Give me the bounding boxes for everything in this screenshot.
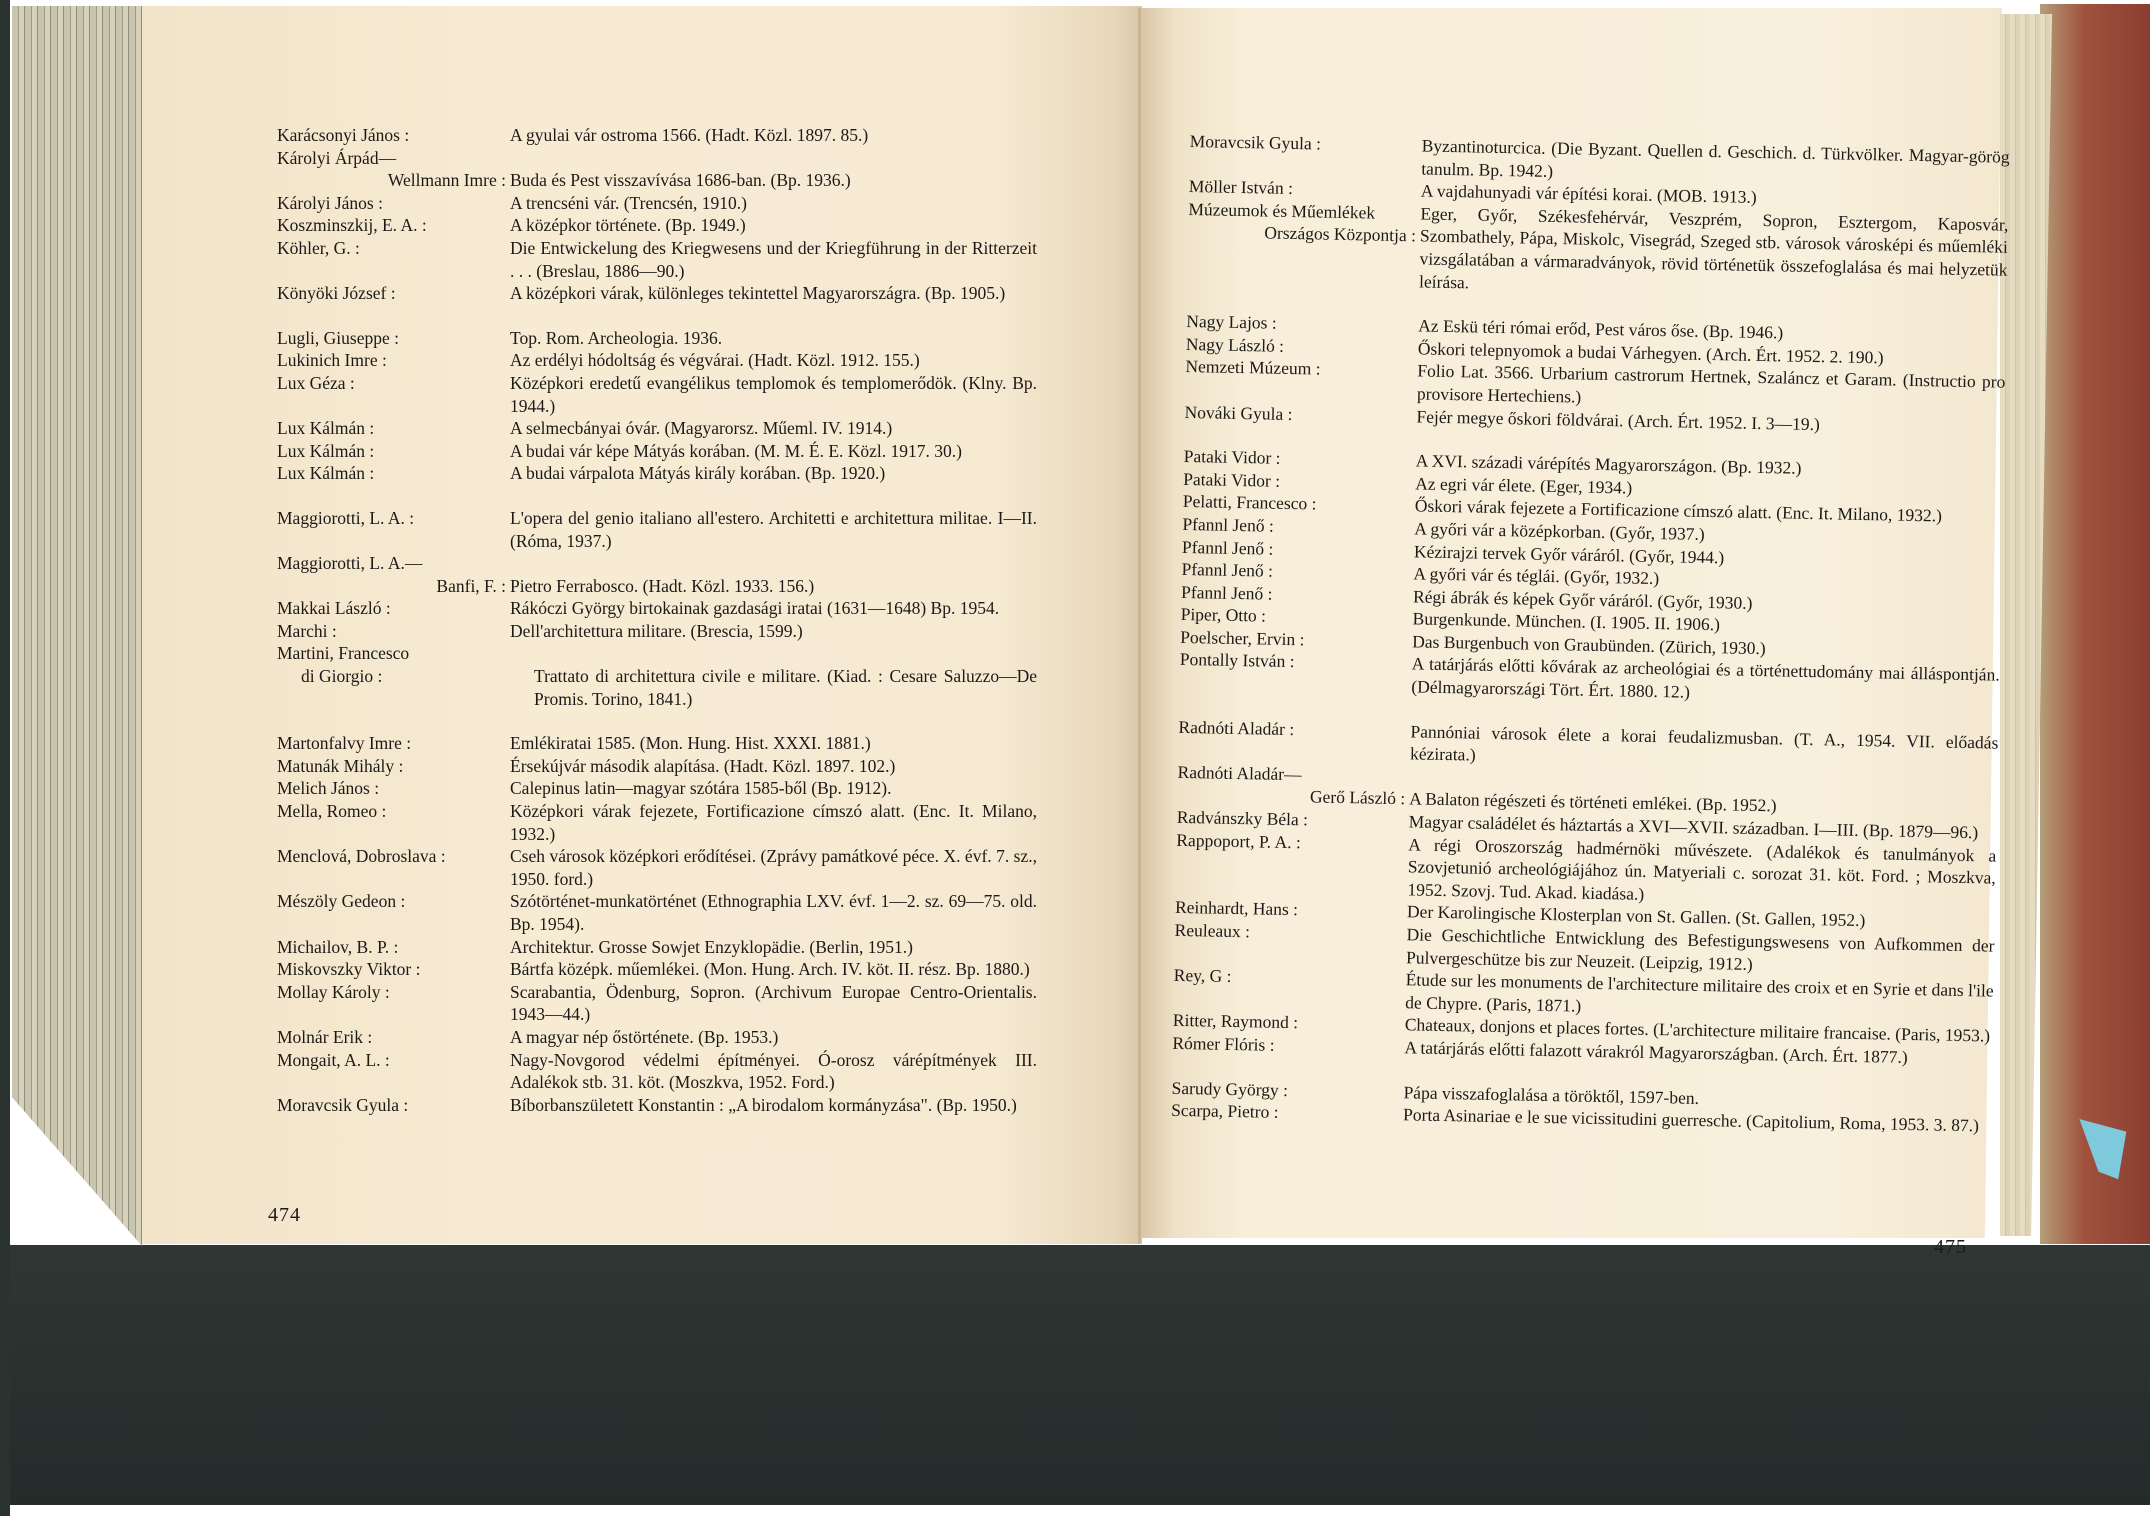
entry-author: Miskovszky Viktor : [277, 958, 510, 981]
bibliography-entry: Miskovszky Viktor :Bártfa középk. műemlé… [277, 958, 1037, 981]
bibliography-entry: Marchi :Dell'architettura militare. (Bre… [277, 620, 1037, 643]
entry-author: Makkai László : [277, 597, 510, 620]
bibliography-entry: Maggiorotti, L. A. :L'opera del genio it… [277, 507, 1037, 552]
bibliography-entry: Moravcsik Gyula :Bíborbanszületett Konst… [277, 1094, 1037, 1117]
entry-title: A középkori várak, különleges tekintette… [510, 282, 1037, 305]
entry-title: Az erdélyi hódoltság és végvárai. (Hadt.… [510, 349, 1037, 372]
bibliography-entry-continued: Banfi, F. :Pietro Ferrabosco. (Hadt. Köz… [277, 575, 1037, 598]
entry-author: Martonfalvy Imre : [277, 732, 510, 755]
entry-title: A budai várpalota Mátyás király korában.… [510, 462, 1037, 485]
bibliography-entry: Mollay Károly :Scarabantia, Ödenburg, So… [277, 981, 1037, 1026]
entry-title: Emlékiratai 1585. (Mon. Hung. Hist. XXXI… [510, 732, 1037, 755]
entry-title: L'opera del genio italiano all'estero. A… [510, 507, 1037, 552]
entry-author: Martini, Francesco [277, 642, 510, 665]
entry-author: Lux Kálmán : [277, 440, 510, 463]
entry-author: Marchi : [277, 620, 510, 643]
entry-title: Die Entwickelung des Kriegwesens und der… [510, 237, 1037, 282]
entry-author: Scarpa, Pietro : [1171, 1099, 1403, 1126]
entry-author: Nemzeti Múzeum : [1185, 355, 1417, 382]
bibliography-entry: Könyöki József :A középkori várak, külön… [277, 282, 1037, 305]
bibliography-entry: Lux Kálmán :A budai vár képe Mátyás korá… [277, 440, 1037, 463]
entry-title: A régi Oroszország hadmérnöki művészete.… [1407, 833, 1996, 912]
entry-title: Top. Rom. Archeologia. 1936. [510, 327, 1037, 350]
bibliography-entry: Makkai László :Rákóczi György birtokaina… [277, 597, 1037, 620]
entry-author: Károlyi Árpád— [277, 147, 510, 170]
entry-title: Cseh városok középkori erődítései. (Zprá… [510, 845, 1037, 890]
bibliography-entry: Menclová, Dobroslava :Cseh városok közép… [277, 845, 1037, 890]
bibliography-entry: Karácsonyi János :A gyulai vár ostroma 1… [277, 124, 1037, 147]
left-page-stack [12, 6, 142, 1246]
entry-author: Michailov, B. P. : [277, 936, 510, 959]
entry-author: Rómer Flóris : [1172, 1032, 1404, 1059]
entry-title: Scarabantia, Ödenburg, Sopron. (Archivum… [510, 981, 1037, 1026]
entry-title: Középkori eredetű evangélikus templomok … [510, 372, 1037, 417]
bibliography-entry: Múzeumok és MűemlékekOrszágos Központja … [1187, 198, 2009, 304]
entry-author: Nováki Gyula : [1184, 400, 1416, 427]
book-gutter [1138, 8, 1141, 1244]
entry-author: Molnár Erik : [277, 1026, 510, 1049]
bibliography-entry-continued: Wellmann Imre :Buda és Pest visszavívása… [277, 169, 1037, 192]
entry-title: A magyar nép őstörténete. (Bp. 1953.) [510, 1026, 1037, 1049]
entry-title: Bártfa középk. műemlékei. (Mon. Hung. Ar… [510, 958, 1037, 981]
bibliography-entry: Lukinich Imre :Az erdélyi hódoltság és v… [277, 349, 1037, 372]
entry-title: Trattato di architettura civile e milita… [534, 665, 1037, 710]
entry-author: Károlyi János : [277, 192, 510, 215]
entry-author: Karácsonyi János : [277, 124, 510, 147]
entry-title: A trencséni vár. (Trencsén, 1910.) [510, 192, 1037, 215]
bibliography-entry: Martonfalvy Imre :Emlékiratai 1585. (Mon… [277, 732, 1037, 755]
bibliography-entry: Lux Kálmán :A budai várpalota Mátyás kir… [277, 462, 1037, 485]
section-gap [277, 485, 1037, 507]
entry-title: Calepinus latin—magyar szótára 1585-ből … [510, 777, 1037, 800]
entry-title: Bíborbanszületett Konstantin : „A biroda… [510, 1094, 1037, 1117]
entry-title: Eger, Győr, Székesfehérvár, Veszprém, So… [1419, 202, 2009, 304]
entry-title: A gyulai vár ostroma 1566. (Hadt. Közl. … [510, 124, 1037, 147]
entry-author: Koszminszkij, E. A. : [277, 214, 510, 237]
entry-author-continued: Banfi, F. : [277, 575, 510, 598]
bibliography-entry: Mészöly Gedeon :Szótörténet-munkatörténe… [277, 890, 1037, 935]
entry-title: Buda és Pest visszavívása 1686-ban. (Bp.… [510, 169, 1037, 192]
entry-author: Mongait, A. L. : [277, 1049, 510, 1072]
entry-author: Mollay Károly : [277, 981, 510, 1004]
bibliography-entry: Martini, Francesco [277, 642, 1037, 665]
bibliography-entry: Lux Kálmán :A selmecbányai óvár. (Magyar… [277, 417, 1037, 440]
bibliography-entry: Molnár Erik :A magyar nép őstörténete. (… [277, 1026, 1037, 1049]
table-surface [10, 1245, 2150, 1505]
entry-author: Maggiorotti, L. A. : [277, 507, 510, 530]
entry-author: Lukinich Imre : [277, 349, 510, 372]
entry-author: Mella, Romeo : [277, 800, 510, 823]
entry-author: Matunák Mihály : [277, 755, 510, 778]
bibliography-entry: Mongait, A. L. :Nagy-Novgorod védelmi ép… [277, 1049, 1037, 1094]
entry-author: Rey, G : [1174, 964, 1406, 991]
entry-title: Architektur. Grosse Sowjet Enzyklopädie.… [510, 936, 1037, 959]
entry-title: Rákóczi György birtokainak gazdasági ira… [510, 597, 1037, 620]
bibliography-entry: Mella, Romeo :Középkori várak fejezete, … [277, 800, 1037, 845]
entry-author: Lux Kálmán : [277, 462, 510, 485]
book-cover-edge [2040, 4, 2150, 1244]
entry-author: Moravcsik Gyula : [277, 1094, 510, 1117]
entry-title: Érsekújvár második alapítása. (Hadt. Köz… [510, 755, 1037, 778]
entry-title: Pietro Ferrabosco. (Hadt. Közl. 1933. 15… [510, 575, 1037, 598]
bibliography-entry: Maggiorotti, L. A.— [277, 552, 1037, 575]
bibliography-entry: Lugli, Giuseppe :Top. Rom. Archeologia. … [277, 327, 1037, 350]
bibliography-entry: Koszminszkij, E. A. :A középkor történet… [277, 214, 1037, 237]
page-number-left: 474 [268, 1204, 301, 1227]
bibliography-entry: Károlyi János :A trencséni vár. (Trencsé… [277, 192, 1037, 215]
right-page-bibliography: Moravcsik Gyula :Byzantinoturcica. (Die … [1171, 130, 2010, 1137]
entry-title: Nagy-Novgorod védelmi építményei. Ó-oros… [510, 1049, 1037, 1094]
entry-author: Maggiorotti, L. A.— [277, 552, 510, 575]
section-gap [277, 305, 1037, 327]
entry-author: Menclová, Dobroslava : [277, 845, 510, 868]
bibliography-entry: Melich János :Calepinus latin—magyar szó… [277, 777, 1037, 800]
left-page-bibliography: Karácsonyi János :A gyulai vár ostroma 1… [277, 124, 1037, 1116]
entry-author: Köhler, G. : [277, 237, 510, 260]
entry-author: Pontally István : [1180, 648, 1412, 675]
entry-author: Mészöly Gedeon : [277, 890, 510, 913]
entry-author: Moravcsik Gyula : [1190, 130, 1422, 157]
bibliography-entry: Lux Géza :Középkori eredetű evangélikus … [277, 372, 1037, 417]
entry-author: Lugli, Giuseppe : [277, 327, 510, 350]
entry-author: Rappoport, P. A. : [1176, 828, 1408, 855]
entry-author: Lux Géza : [277, 372, 510, 395]
entry-author: Reuleaux : [1174, 919, 1406, 946]
entry-author: Melich János : [277, 777, 510, 800]
page-number-right: 475 [1934, 1236, 1967, 1259]
entry-author: Könyöki József : [277, 282, 510, 305]
section-gap [277, 710, 1037, 732]
entry-title: A középkor története. (Bp. 1949.) [510, 214, 1037, 237]
entry-title: Dell'architettura militare. (Brescia, 15… [510, 620, 1037, 643]
entry-title: Középkori várak fejezete, Fortificazione… [510, 800, 1037, 845]
bibliography-entry-continued: di Giorgio :Trattato di architettura civ… [277, 665, 1037, 710]
entry-author-continued: di Giorgio : [277, 665, 534, 688]
bibliography-entry: Matunák Mihály :Érsekújvár második alapí… [277, 755, 1037, 778]
entry-author: Radnóti Aladár : [1178, 716, 1410, 743]
entry-author-continued: Országos Központja : [1188, 220, 1420, 247]
entry-title: A selmecbányai óvár. (Magyarorsz. Műeml.… [510, 417, 1037, 440]
entry-title: A budai vár képe Mátyás korában. (M. M. … [510, 440, 1037, 463]
entry-author-continued: Wellmann Imre : [277, 169, 510, 192]
entry-title: Szótörténet-munkatörténet (Ethnographia … [510, 890, 1037, 935]
bibliography-entry: Michailov, B. P. :Architektur. Grosse So… [277, 936, 1037, 959]
entry-author: Lux Kálmán : [277, 417, 510, 440]
bibliography-entry: Köhler, G. :Die Entwickelung des Kriegwe… [277, 237, 1037, 282]
bibliography-entry: Károlyi Árpád— [277, 147, 1037, 170]
